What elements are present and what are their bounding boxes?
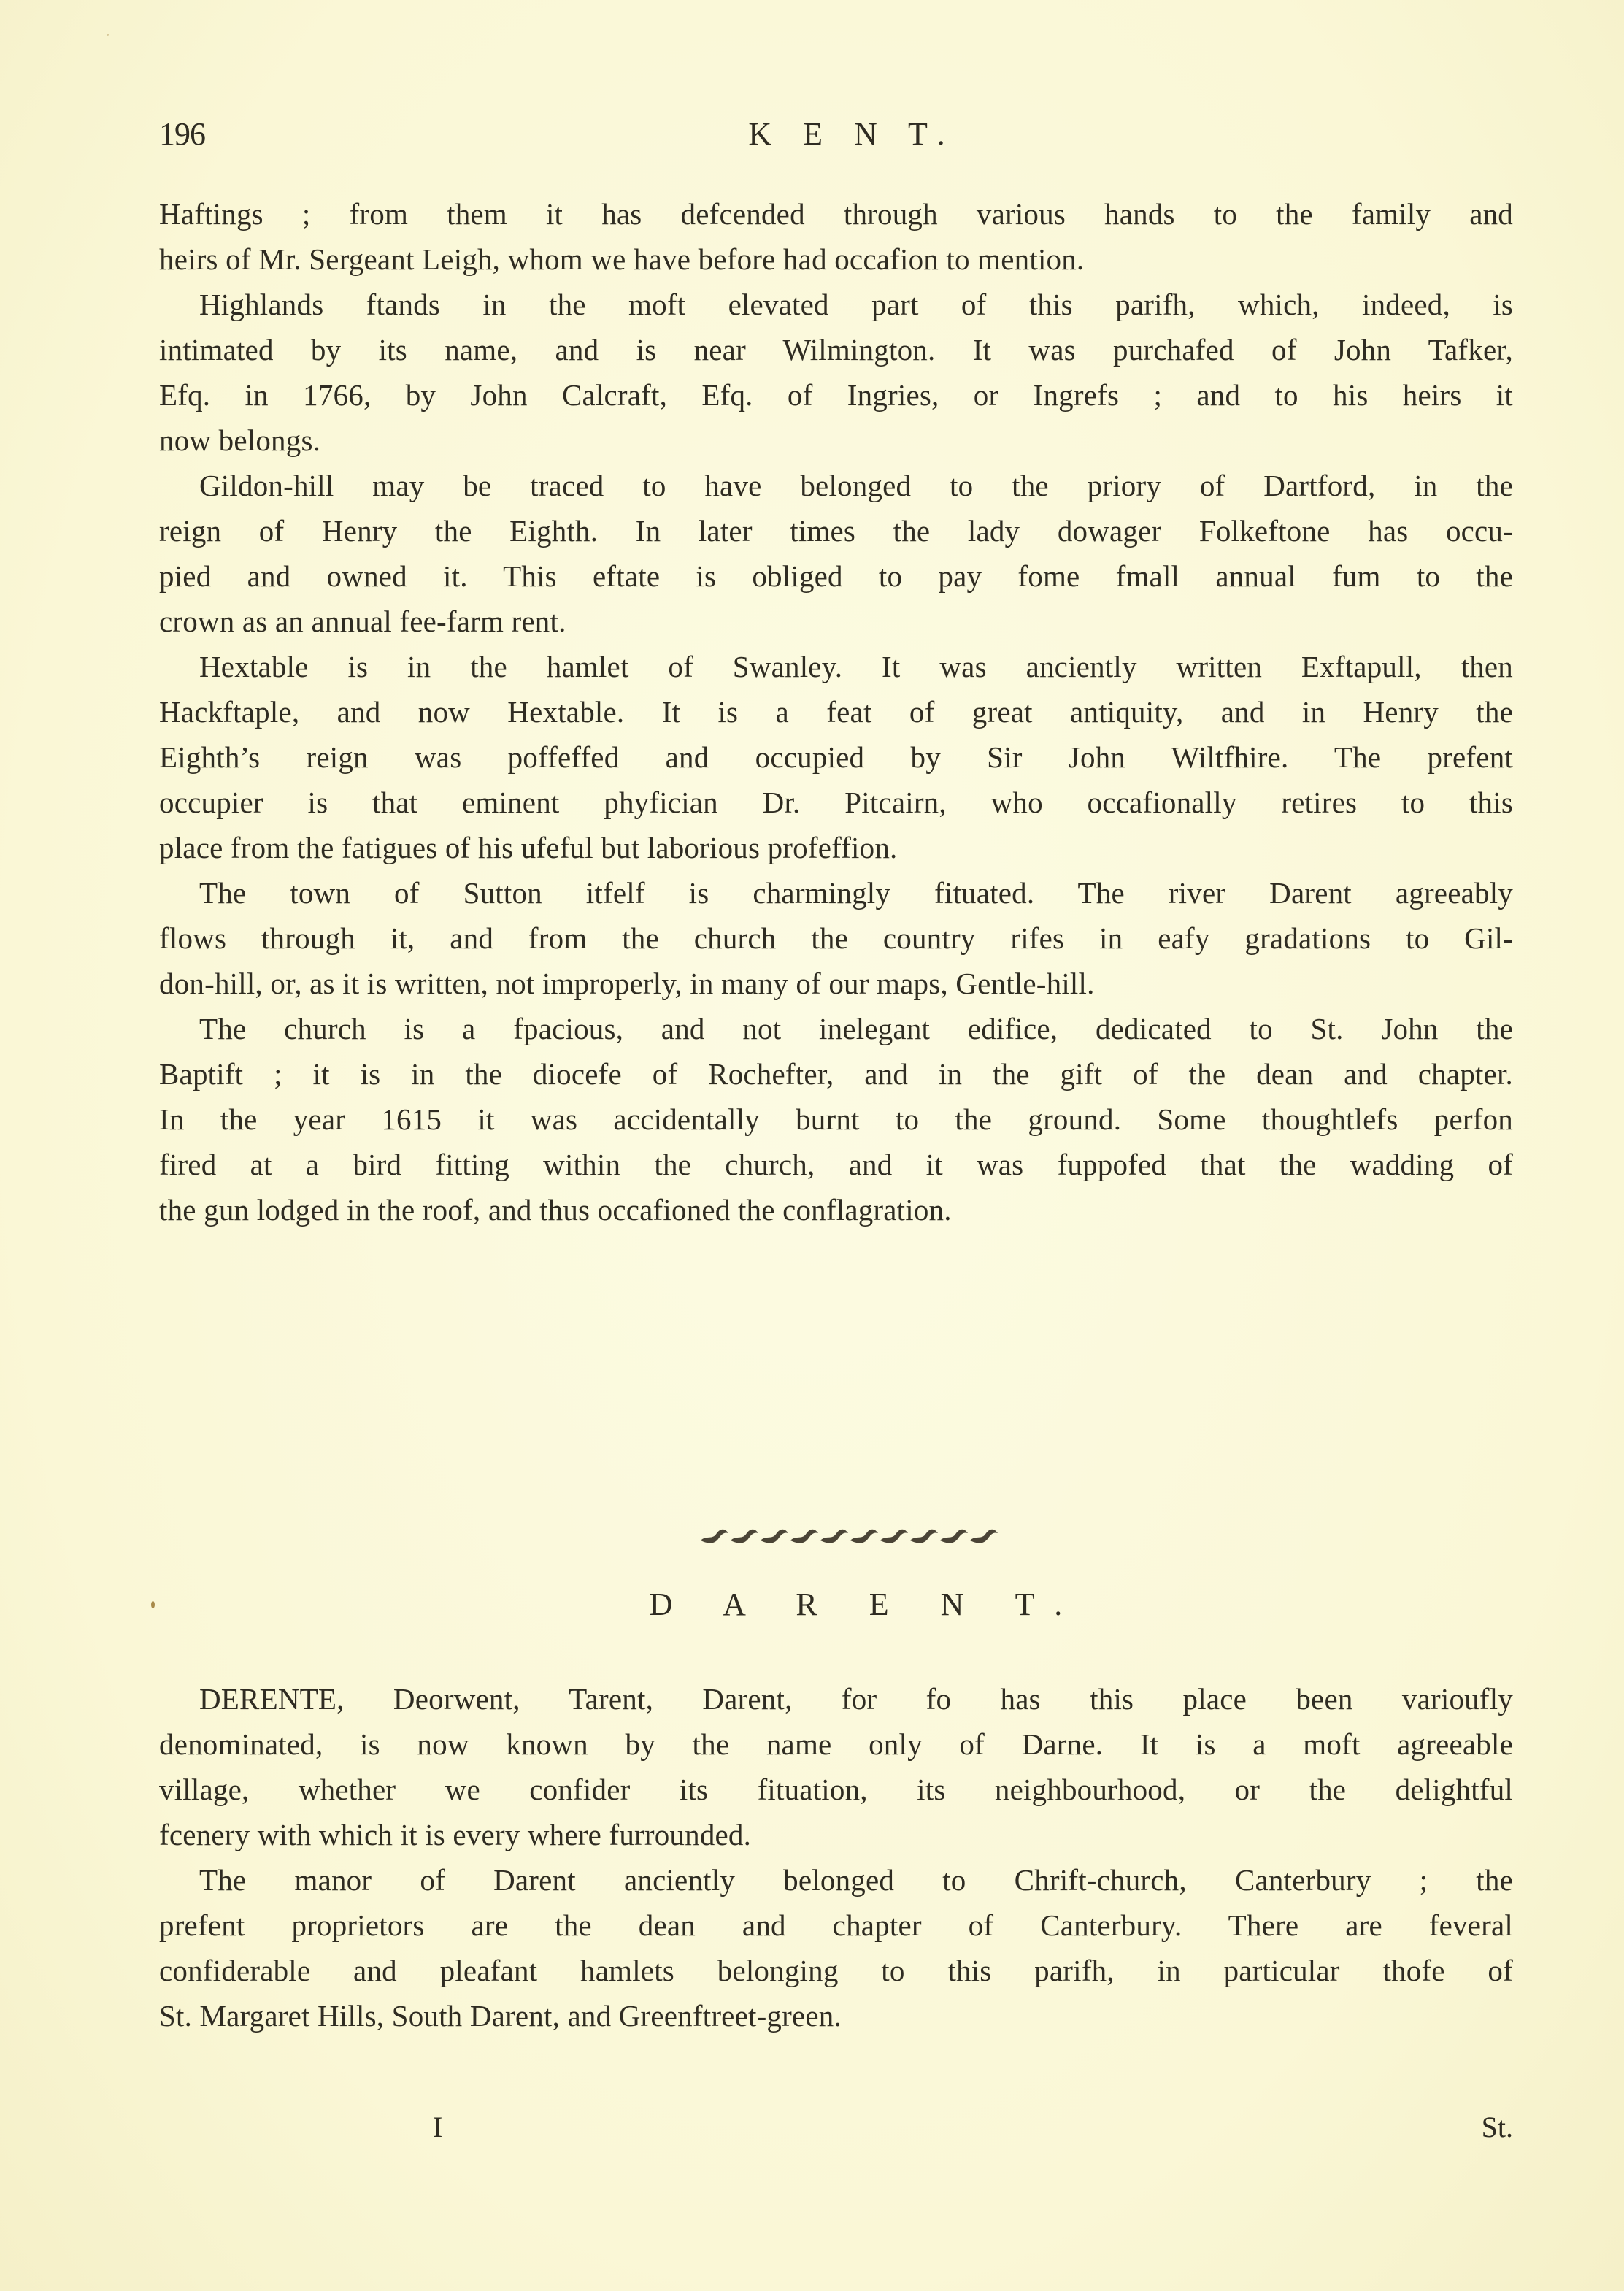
paper-speck <box>151 1601 155 1608</box>
text-line: reign of Henry the Eighth. In later time… <box>159 508 1513 553</box>
text-line: denominated, is now known by the name on… <box>159 1722 1513 1767</box>
signature-mark: I <box>433 2110 442 2144</box>
text-line: The manor of Darent anciently belonged t… <box>159 1857 1513 1903</box>
text-line: Gildon-hill may be traced to have belong… <box>159 463 1513 508</box>
text-line: confiderable and pleafant hamlets belong… <box>159 1948 1513 1993</box>
text-line: occupier is that eminent phyfician Dr. P… <box>159 780 1513 825</box>
text-line: DERENTE, Deorwent, Tarent, Darent, for f… <box>159 1676 1513 1722</box>
text-line: prefent proprietors are the dean and cha… <box>159 1903 1513 1948</box>
text-line: St. Margaret Hills, South Darent, and Gr… <box>159 1993 1513 2038</box>
text-line: the gun lodged in the roof, and thus occ… <box>159 1187 1513 1232</box>
text-line: Hackftaple, and now Hextable. It is a fe… <box>159 689 1513 734</box>
text-line: In the year 1615 it was accidentally bur… <box>159 1097 1513 1142</box>
section-darent-text: DERENTE, Deorwent, Tarent, Darent, for f… <box>159 1676 1513 2038</box>
text-line: Hextable is in the hamlet of Swanley. It… <box>159 644 1513 689</box>
text-line: Eighth’s reign was poffeffed and occupie… <box>159 734 1513 780</box>
text-line: Highlands ftands in the moft elevated pa… <box>159 282 1513 327</box>
text-line: Efq. in 1766, by John Calcraft, Efq. of … <box>159 372 1513 418</box>
wave-ornament-icon <box>699 1519 998 1548</box>
text-line: The church is a fpacious, and not ineleg… <box>159 1006 1513 1051</box>
text-line: heirs of Mr. Sergeant Leigh, whom we hav… <box>159 237 1513 282</box>
text-line: fcenery with which it is every where fur… <box>159 1812 1513 1857</box>
text-line: fired at a bird fitting within the churc… <box>159 1142 1513 1187</box>
text-line: flows through it, and from the church th… <box>159 916 1513 961</box>
page-footer: I St. <box>159 2110 1513 2154</box>
text-line: crown as an annual fee-farm rent. <box>159 599 1513 644</box>
text-line: village, whether we confider its fituati… <box>159 1767 1513 1812</box>
text-line: The town of Sutton itfelf is charmingly … <box>159 870 1513 916</box>
page-header: 196 K E N T. <box>159 110 1517 161</box>
running-head: K E N T. <box>159 115 1517 153</box>
text-line: Haftings ; from them it has defcended th… <box>159 191 1513 237</box>
text-line: place from the fatigues of his ufeful bu… <box>159 825 1513 870</box>
paper-speck <box>107 34 109 36</box>
text-line: don-hill, or, as it is written, not impr… <box>159 961 1513 1006</box>
section-title-darent: D A R E N T. <box>0 1586 1624 1623</box>
text-line: Baptift ; it is in the diocefe of Rochef… <box>159 1051 1513 1097</box>
catchword: St. <box>1482 2110 1513 2144</box>
scanned-book-page: 196 K E N T. Haftings ; from them it has… <box>0 0 1624 2291</box>
text-line: intimated by its name, and is near Wilmi… <box>159 327 1513 372</box>
section-sutton-text: Haftings ; from them it has defcended th… <box>159 191 1513 1232</box>
text-line: pied and owned it. This eftate is oblige… <box>159 553 1513 599</box>
text-line: now belongs. <box>159 418 1513 463</box>
